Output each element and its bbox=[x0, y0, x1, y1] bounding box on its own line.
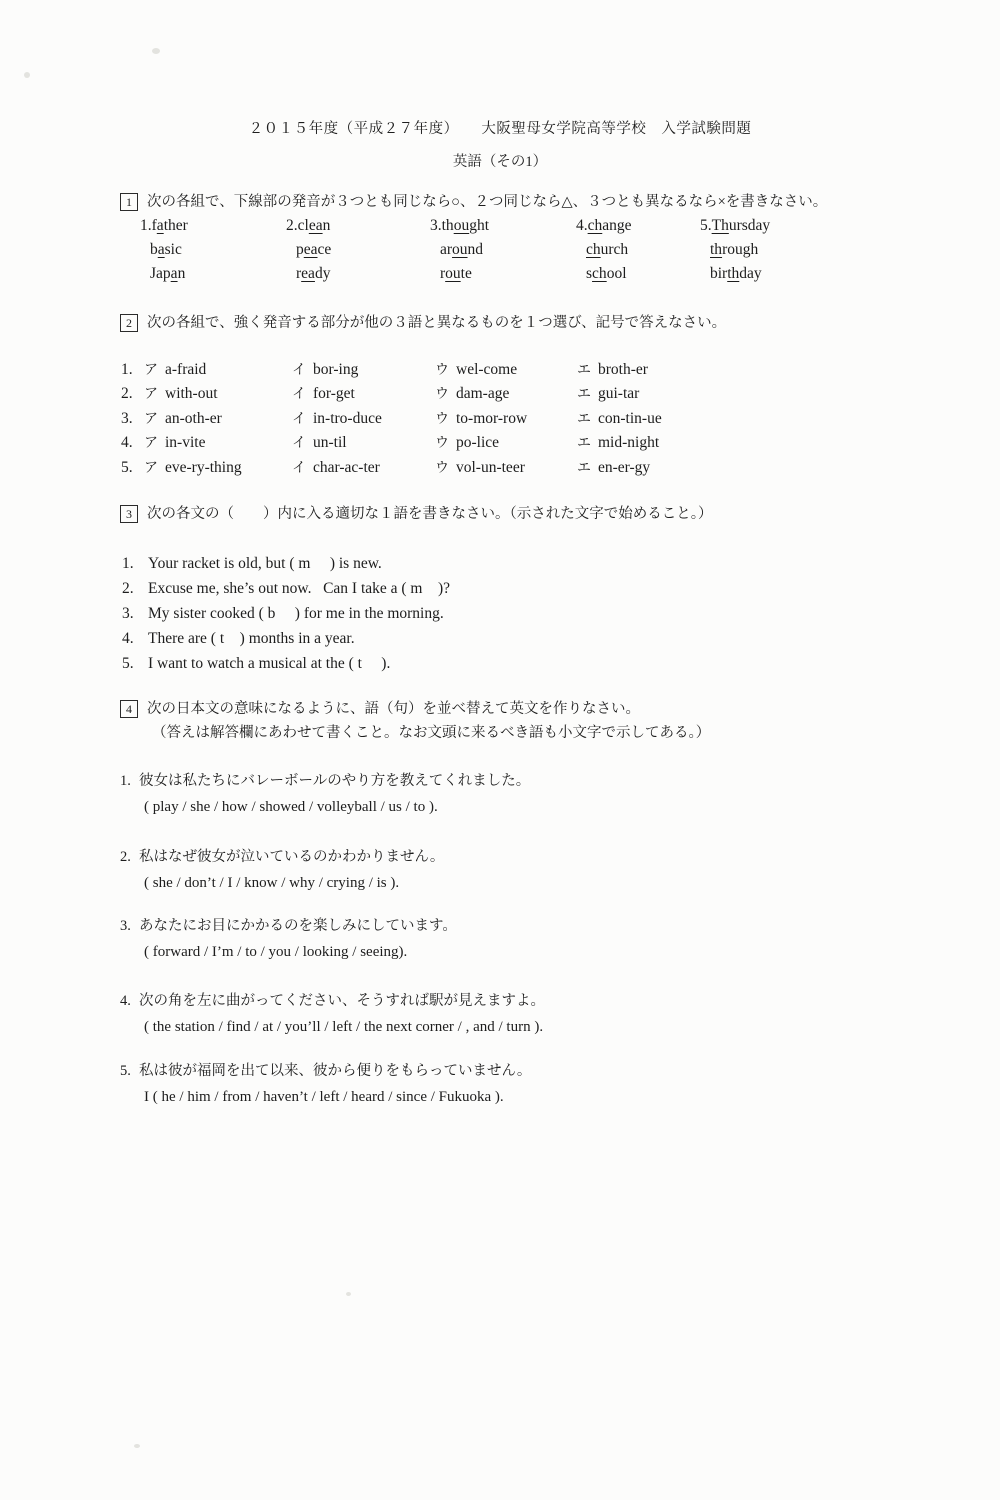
page-title: ２０１５年度（平成２７年度） 大阪聖母女学院高等学校 入学試験問題 bbox=[0, 121, 1000, 138]
s1-group: 5.Thursdaythroughbirthday bbox=[700, 214, 770, 287]
s2-choice: ウdam-age bbox=[435, 384, 509, 405]
section-4-number: 4 bbox=[126, 702, 132, 716]
s2-choice-kana: イ bbox=[292, 436, 306, 451]
s2-choice: エcon-tin-ue bbox=[577, 409, 662, 430]
s4-item-japanese-line: 3.あなたにお目にかかるのを楽しみにしています。 bbox=[120, 917, 457, 936]
s4-item-en-text: I ( he / him / from / haven’t / left / h… bbox=[144, 1088, 531, 1107]
s4-item-jp-text: 次の角を左に曲がってください、そうすれば駅が見えますよ。 bbox=[139, 993, 545, 1009]
s2-choice-word: con-tin-ue bbox=[598, 410, 662, 427]
s2-choice-word: in-tro-duce bbox=[313, 410, 382, 427]
word-suffix: ght bbox=[469, 217, 489, 234]
word-underlined-part: th bbox=[710, 241, 722, 258]
s2-choice: ウvol-un-teer bbox=[435, 458, 525, 479]
word-suffix: n bbox=[323, 217, 331, 234]
section-4-instruction: 次の日本文の意味になるように、語（句）を並べ替えて英文を作りなさい。 bbox=[147, 700, 710, 718]
s2-choice-kana: ア bbox=[144, 412, 158, 427]
s2-choice-kana: ウ bbox=[435, 461, 449, 476]
s2-choice-kana: エ bbox=[577, 412, 591, 427]
s1-group-label: 1. bbox=[140, 217, 152, 234]
s2-choice-kana: ア bbox=[144, 436, 158, 451]
s2-choice: エgui-tar bbox=[577, 384, 639, 405]
s2-choice: イchar-ac-ter bbox=[292, 458, 380, 479]
s1-word-line: school bbox=[576, 262, 632, 286]
word-underlined-part: a bbox=[157, 217, 164, 234]
s3-item: 4.There are ( t ) months in a year. bbox=[122, 626, 882, 651]
s3-item-number: 4. bbox=[122, 626, 148, 651]
s1-group: 1.fatherbasicJapan bbox=[140, 214, 188, 287]
s1-word-line: Japan bbox=[140, 262, 188, 286]
s2-choice-kana: ア bbox=[144, 387, 158, 402]
word-suffix: ange bbox=[602, 217, 631, 234]
s1-group: 4.changechurchschool bbox=[576, 214, 632, 287]
s2-choice: イbor-ing bbox=[292, 360, 358, 381]
s3-item: 2.Excuse me, she’s out now. Can I take a… bbox=[122, 576, 882, 601]
s3-item-text: There are ( t ) months in a year. bbox=[148, 630, 355, 647]
s4-item-japanese-line: 4.次の角を左に曲がってください、そうすれば駅が見えますよ。 bbox=[120, 992, 545, 1011]
s2-choice-word: vol-un-teer bbox=[456, 459, 525, 476]
s1-group: 2.cleanpeaceready bbox=[286, 214, 331, 287]
s2-row-number: 5. bbox=[121, 458, 133, 478]
s2-row: 4.アin-viteイun-tilウpo-liceエmid-night bbox=[121, 433, 941, 453]
s3-item-number: 5. bbox=[122, 651, 148, 676]
page-subtitle: 英語（その1） bbox=[0, 154, 1000, 171]
word-underlined-part: ou bbox=[452, 241, 468, 258]
s2-choice-word: mid-night bbox=[598, 434, 659, 451]
s3-item-text: Your racket is old, but ( m ) is new. bbox=[148, 555, 382, 572]
s1-group-label: 2. bbox=[286, 217, 298, 234]
s4-item: 4.次の角を左に曲がってください、そうすれば駅が見えますよ。( the stat… bbox=[120, 992, 545, 1037]
word-underlined-part: ch bbox=[592, 265, 607, 282]
s1-word: birthday bbox=[710, 265, 762, 282]
word-underlined-part: ou bbox=[454, 217, 470, 234]
s4-item-en-text: ( the station / find / at / you’ll / lef… bbox=[144, 1018, 545, 1037]
s2-choice-word: eve-ry-thing bbox=[165, 459, 242, 476]
s4-item-en-text: ( forward / I’m / to / you / looking / s… bbox=[144, 943, 457, 962]
s1-word: change bbox=[588, 217, 632, 234]
s1-word-line: 4.change bbox=[576, 214, 632, 238]
s2-choice: エbroth-er bbox=[577, 360, 648, 381]
section-3-header: 3 次の各文の（ ）内に入る適切な１語を書きなさい。（示された文字で始めること。… bbox=[120, 505, 713, 523]
s1-word-line: 1.father bbox=[140, 214, 188, 238]
s2-choice-word: en-er-gy bbox=[598, 459, 650, 476]
s3-item-number: 1. bbox=[122, 551, 148, 576]
s2-row: 3.アan-oth-erイin-tro-duceウto-mor-rowエcon-… bbox=[121, 409, 941, 429]
word-underlined-part: ea bbox=[301, 265, 315, 282]
word-suffix: day bbox=[739, 265, 761, 282]
s2-choice: ウto-mor-row bbox=[435, 409, 527, 430]
s2-row: 1.アa-fraidイbor-ingウwel-comeエbroth-er bbox=[121, 360, 941, 380]
s3-item: 3.My sister cooked ( b ) for me in the m… bbox=[122, 601, 882, 626]
word-suffix: ursday bbox=[729, 217, 770, 234]
s3-item-number: 3. bbox=[122, 601, 148, 626]
s2-choice-kana: ウ bbox=[435, 363, 449, 378]
s2-choice: ウwel-come bbox=[435, 360, 517, 381]
section-4-note: （答えは解答欄にあわせて書くこと。なお文頭に来るべき語も小文字で示してある。） bbox=[147, 724, 710, 742]
s1-word-line: 5.Thursday bbox=[700, 214, 770, 238]
scan-artifact bbox=[134, 1444, 140, 1448]
word-suffix: urch bbox=[601, 241, 629, 258]
s2-choice: イfor-get bbox=[292, 384, 355, 405]
s3-item-text: I want to watch a musical at the ( t ). bbox=[148, 655, 390, 672]
word-prefix: b bbox=[150, 241, 158, 258]
s4-item-japanese-line: 2.私はなぜ彼女が泣いているのかわかりません。 bbox=[120, 848, 444, 867]
s2-choice: アan-oth-er bbox=[144, 409, 222, 430]
s2-row-number: 1. bbox=[121, 360, 133, 380]
s2-choice-kana: エ bbox=[577, 363, 591, 378]
s1-word-line: basic bbox=[140, 238, 188, 262]
s1-word: church bbox=[586, 241, 628, 258]
s1-word-line: birthday bbox=[700, 262, 770, 286]
s2-choice-kana: ア bbox=[144, 363, 158, 378]
s1-group-label: 4. bbox=[576, 217, 588, 234]
section-1-instruction: 次の各組で、下線部の発音が３つとも同じなら○、２つ同じなら△、３つとも異なるなら… bbox=[147, 193, 827, 211]
s1-word: Japan bbox=[150, 265, 185, 282]
s2-choice-kana: エ bbox=[577, 461, 591, 476]
s4-item-number: 5. bbox=[120, 1062, 139, 1081]
s1-word-line: route bbox=[430, 262, 489, 286]
word-prefix: cl bbox=[298, 217, 309, 234]
s2-choice-kana: ウ bbox=[435, 412, 449, 427]
s2-choice-word: dam-age bbox=[456, 385, 509, 402]
s1-word: school bbox=[586, 265, 627, 282]
s1-word: through bbox=[710, 241, 758, 258]
s1-word: father bbox=[152, 217, 188, 234]
s4-item: 5.私は彼が福岡を出て以来、彼から便りをもらっていません。I ( he / hi… bbox=[120, 1062, 531, 1107]
word-suffix: rough bbox=[722, 241, 758, 258]
s1-word: around bbox=[440, 241, 483, 258]
word-underlined-part: ch bbox=[588, 217, 603, 234]
s1-word-line: peace bbox=[286, 238, 331, 262]
s2-choice-word: un-til bbox=[313, 434, 347, 451]
s3-item-text: My sister cooked ( b ) for me in the mor… bbox=[148, 605, 444, 622]
section-1-number: 1 bbox=[126, 195, 132, 209]
s2-choice-kana: ウ bbox=[435, 436, 449, 451]
s1-word: peace bbox=[296, 241, 331, 258]
word-underlined-part: ea bbox=[309, 217, 323, 234]
s4-item-japanese-line: 1.彼女は私たちにバレーボールのやり方を教えてくれました。 bbox=[120, 772, 530, 791]
s2-choice-kana: ウ bbox=[435, 387, 449, 402]
s4-item-number: 1. bbox=[120, 772, 139, 791]
s1-word: route bbox=[440, 265, 472, 282]
s2-choice-word: broth-er bbox=[598, 361, 648, 378]
s2-choice-kana: イ bbox=[292, 461, 306, 476]
word-suffix: nd bbox=[468, 241, 484, 258]
s4-item-jp-text: 私は彼が福岡を出て以来、彼から便りをもらっていません。 bbox=[139, 1063, 531, 1079]
scan-artifact bbox=[346, 1292, 351, 1296]
s2-choice-kana: イ bbox=[292, 412, 306, 427]
s3-item: 5.I want to watch a musical at the ( t )… bbox=[122, 651, 882, 676]
s2-choice-word: po-lice bbox=[456, 434, 499, 451]
s2-choice-word: gui-tar bbox=[598, 385, 639, 402]
s2-choice-kana: エ bbox=[577, 436, 591, 451]
s1-word: clean bbox=[298, 217, 331, 234]
word-underlined-part: a bbox=[171, 265, 178, 282]
s1-word: basic bbox=[150, 241, 182, 258]
word-underlined-part: ou bbox=[445, 265, 461, 282]
s1-word: Thursday bbox=[712, 217, 771, 234]
word-underlined-part: ea bbox=[304, 241, 318, 258]
s4-item-number: 3. bbox=[120, 917, 139, 936]
s2-choice-word: for-get bbox=[313, 385, 355, 402]
word-suffix: te bbox=[461, 265, 472, 282]
s2-choice-kana: イ bbox=[292, 363, 306, 378]
s2-choice: エen-er-gy bbox=[577, 458, 650, 479]
section-4-number-box: 4 bbox=[120, 700, 138, 718]
s2-choice-word: with-out bbox=[165, 385, 218, 402]
exam-scan-page: ２０１５年度（平成２７年度） 大阪聖母女学院高等学校 入学試験問題 英語（その1… bbox=[0, 0, 1000, 1500]
s4-item-en-text: ( she / don’t / I / know / why / crying … bbox=[144, 874, 444, 893]
s2-row: 2.アwith-outイfor-getウdam-ageエgui-tar bbox=[121, 384, 941, 404]
s4-item-jp-text: あなたにお目にかかるのを楽しみにしています。 bbox=[139, 918, 457, 934]
s4-item-jp-text: 彼女は私たちにバレーボールのやり方を教えてくれました。 bbox=[139, 773, 530, 789]
word-underlined-part: Th bbox=[712, 217, 729, 234]
s4-item-japanese-line: 5.私は彼が福岡を出て以来、彼から便りをもらっていません。 bbox=[120, 1062, 531, 1081]
s4-item-number: 2. bbox=[120, 848, 139, 867]
s2-row: 5.アeve-ry-thingイchar-ac-terウvol-un-teerエ… bbox=[121, 458, 941, 478]
s1-word-line: around bbox=[430, 238, 489, 262]
s2-choice-word: to-mor-row bbox=[456, 410, 527, 427]
word-suffix: sic bbox=[165, 241, 182, 258]
word-suffix: ool bbox=[607, 265, 627, 282]
s4-item: 1.彼女は私たちにバレーボールのやり方を教えてくれました。( play / sh… bbox=[120, 772, 530, 817]
section-1-word-groups: 1.fatherbasicJapan2.cleanpeaceready3.tho… bbox=[0, 214, 1000, 299]
word-suffix: ther bbox=[164, 217, 188, 234]
section-4-header: 4 次の日本文の意味になるように、語（句）を並べ替えて英文を作りなさい。 （答え… bbox=[120, 700, 710, 742]
s2-choice: アa-fraid bbox=[144, 360, 206, 381]
s1-group: 3.thoughtaroundroute bbox=[430, 214, 489, 287]
s3-item-text: Excuse me, she’s out now. Can I take a (… bbox=[148, 580, 450, 597]
s2-row-number: 4. bbox=[121, 433, 133, 453]
word-prefix: ar bbox=[440, 241, 452, 258]
section-2-number: 2 bbox=[126, 316, 132, 330]
s2-choice-word: char-ac-ter bbox=[313, 459, 380, 476]
s1-word-line: through bbox=[700, 238, 770, 262]
section-2-accent-rows: 1.アa-fraidイbor-ingウwel-comeエbroth-er2.アw… bbox=[121, 360, 941, 485]
section-4-instruction-lines: 次の日本文の意味になるように、語（句）を並べ替えて英文を作りなさい。 （答えは解… bbox=[147, 700, 710, 742]
word-prefix: bir bbox=[710, 265, 727, 282]
section-2-number-box: 2 bbox=[120, 314, 138, 332]
section-1-number-box: 1 bbox=[120, 193, 138, 211]
s1-word-line: 3.thought bbox=[430, 214, 489, 238]
s1-group-label: 5. bbox=[700, 217, 712, 234]
s2-choice-kana: エ bbox=[577, 387, 591, 402]
s3-item: 1.Your racket is old, but ( m ) is new. bbox=[122, 551, 882, 576]
s4-item-en-text: ( play / she / how / showed / volleyball… bbox=[144, 798, 530, 817]
s2-row-number: 2. bbox=[121, 384, 133, 404]
s3-item-number: 2. bbox=[122, 576, 148, 601]
section-2-instruction: 次の各組で、強く発音する部分が他の３語と異なるものを１つ選び、記号で答えなさい。 bbox=[147, 314, 726, 332]
word-underlined-part: a bbox=[158, 241, 165, 258]
word-prefix: th bbox=[442, 217, 454, 234]
s2-row-number: 3. bbox=[121, 409, 133, 429]
s2-choice-word: a-fraid bbox=[165, 361, 206, 378]
s4-item: 2.私はなぜ彼女が泣いているのかわかりません。( she / don’t / I… bbox=[120, 848, 444, 893]
s2-choice-word: wel-come bbox=[456, 361, 517, 378]
s4-item-number: 4. bbox=[120, 992, 139, 1011]
word-prefix: p bbox=[296, 241, 304, 258]
s1-word-line: ready bbox=[286, 262, 331, 286]
section-3-items: 1.Your racket is old, but ( m ) is new.2… bbox=[122, 551, 882, 676]
s1-word: ready bbox=[296, 265, 330, 282]
section-1-header: 1 次の各組で、下線部の発音が３つとも同じなら○、２つ同じなら△、３つとも異なる… bbox=[120, 193, 827, 211]
section-3-instruction: 次の各文の（ ）内に入る適切な１語を書きなさい。（示された文字で始めること。） bbox=[147, 505, 713, 523]
s1-group-label: 3. bbox=[430, 217, 442, 234]
word-suffix: dy bbox=[315, 265, 331, 282]
word-underlined-part: th bbox=[727, 265, 739, 282]
word-prefix: Jap bbox=[150, 265, 171, 282]
s1-word-line: church bbox=[576, 238, 632, 262]
word-suffix: n bbox=[178, 265, 186, 282]
section-2-header: 2 次の各組で、強く発音する部分が他の３語と異なるものを１つ選び、記号で答えなさ… bbox=[120, 314, 726, 332]
section-3-number: 3 bbox=[126, 507, 132, 521]
word-suffix: ce bbox=[318, 241, 332, 258]
scan-artifact bbox=[152, 48, 160, 54]
s2-choice-kana: イ bbox=[292, 387, 306, 402]
s2-choice: アin-vite bbox=[144, 433, 205, 454]
section-3-number-box: 3 bbox=[120, 505, 138, 523]
s2-choice: アwith-out bbox=[144, 384, 218, 405]
s2-choice: イin-tro-duce bbox=[292, 409, 382, 430]
s2-choice-kana: ア bbox=[144, 461, 158, 476]
s1-word-line: 2.clean bbox=[286, 214, 331, 238]
s2-choice: ウpo-lice bbox=[435, 433, 499, 454]
s1-word: thought bbox=[442, 217, 489, 234]
s2-choice: エmid-night bbox=[577, 433, 659, 454]
s4-item: 3.あなたにお目にかかるのを楽しみにしています。( forward / I’m … bbox=[120, 917, 457, 962]
s4-item-jp-text: 私はなぜ彼女が泣いているのかわかりません。 bbox=[139, 849, 444, 865]
s2-choice-word: bor-ing bbox=[313, 361, 358, 378]
s2-choice: イun-til bbox=[292, 433, 347, 454]
scan-artifact bbox=[24, 72, 30, 78]
s2-choice-word: in-vite bbox=[165, 434, 205, 451]
word-underlined-part: ch bbox=[586, 241, 601, 258]
s2-choice: アeve-ry-thing bbox=[144, 458, 242, 479]
s2-choice-word: an-oth-er bbox=[165, 410, 222, 427]
